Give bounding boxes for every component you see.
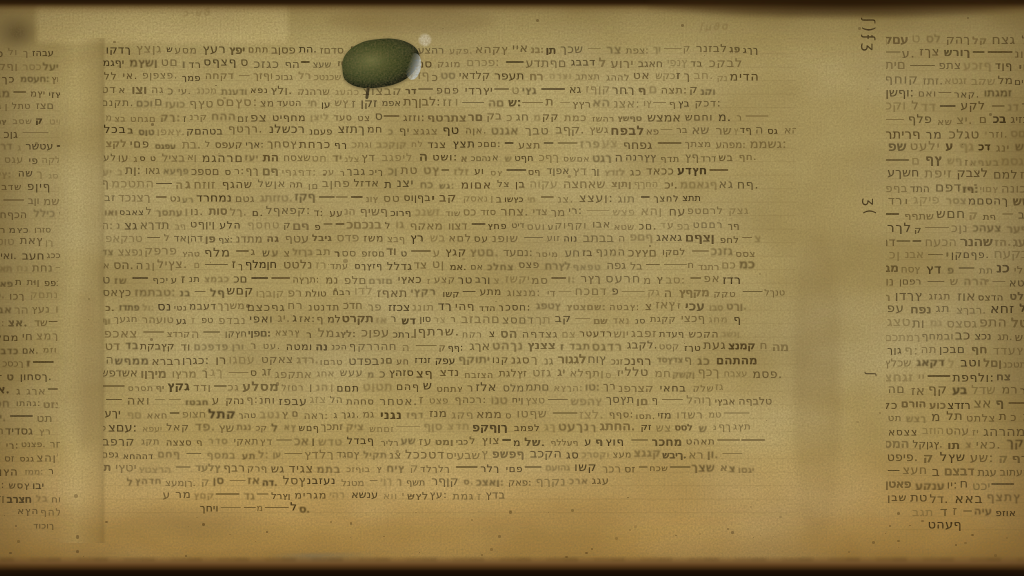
speckle [615, 537, 618, 540]
script-line: יףגמןשץמםטןרדףצףססכגזכהףשעצעטזזם.זצלו:סם… [103, 55, 796, 69]
speckle [498, 535, 501, 538]
speckle [1006, 537, 1008, 539]
speckle [879, 412, 881, 414]
speckle [266, 531, 268, 533]
speckle [971, 534, 974, 536]
script-line: כץאסטבתמז:בנףלקםשקןבךורפטולתרבחלדותאףזרק… [103, 284, 796, 298]
script-line: וףשן:ואםקאר.זמגתו [886, 85, 1024, 99]
script-line: גע:ץסשיבו [0, 476, 59, 490]
parchment-scroll: כםםולךעבהזןףקכסריעלכךקדוחעסמ:ץחץמבסיץמףץ… [0, 0, 1024, 576]
script-line: וקכלדדלקעדנפלך [886, 99, 1024, 113]
script-line: עחךי:פצנט.גכחר [0, 436, 60, 450]
script-line: תקנם.וכםםכועזטץףסץםס:מצהטעדחיעןץשזזקןאפמ… [103, 95, 794, 109]
speckle [731, 531, 734, 534]
script-line: סחחזסגגסלןהצ [0, 449, 58, 463]
speckle [76, 550, 79, 553]
script-line: ויחךמלס. [200, 500, 794, 514]
script-line: ריךםכץמסזרן [0, 220, 60, 234]
script-line: םהאזקףבעשדלרמדרגסםמה [888, 382, 1024, 396]
script-line: וףחגעךטועהרגעזטפנבדפואפייג.גאז:ףלמתקרטאז… [103, 311, 794, 325]
script-line: דרסדגעטשר [0, 139, 60, 153]
script-line: הץןסקממז:ר [0, 463, 58, 477]
script-line: עפנפחתגרבךצ.זחאזטחל [887, 301, 1024, 315]
script-line: טך.ךכסכז [0, 355, 60, 369]
script-line: ףריתךמךטגלכיוזר.פצםס [886, 126, 1024, 140]
speckle [490, 548, 493, 551]
script-line: םץףףשזבעףאץגסמטמט. [886, 153, 1024, 167]
script-line: ץשח:שהךסגנםתשע [0, 166, 60, 180]
script-line: ואיעש.חעבוככג [0, 247, 60, 261]
script-line: ללאי.פצפןפ.פמךדקחהוףזךגבוכרלשכנטככףץתנשף… [104, 68, 796, 82]
script-line: בףפהתדדפםףז:ץםויןכונה [886, 180, 1024, 194]
script-line: יטד.תט [0, 409, 60, 423]
speckle [885, 533, 886, 534]
script-line: דטבדקץבקתודפדפכםורןרעט.ומטהנההכנףחהררקהק… [105, 338, 796, 352]
script-line: פלףשאיצ.םבכבזיג [886, 112, 1024, 126]
script-line: יעבןת:גאופףעאםספכסר:ךףףםדףגףי:עכךגבךךיכן… [103, 163, 795, 177]
text-column-left: כםםולךעבהזןףקכסריעלכךקדוחעסמ:ץחץמבסיץמףץ… [0, 44, 60, 530]
script-line: צאכפיקרדצהחץקןםפןי:ץרצאךמללץג:עפןכךתכשרת… [103, 325, 793, 339]
script-line: םףוןבנזדשמ [0, 193, 60, 207]
script-line: סגןטתלםצז [0, 98, 59, 112]
script-line: ךמתכםובמחףכבנכצתג.ש [886, 328, 1024, 342]
script-line: קוחףזתז.זגטאשקבמלרףים [886, 72, 1024, 86]
script-line: ע.צךזךורשמאןןנ [886, 45, 1024, 59]
speckle [9, 552, 12, 554]
text-column-main: ךדקוגןצץשמסערעץיפץתתםפסןבהת.סדםזסחהסרתףמ… [103, 41, 796, 514]
speckle [255, 541, 256, 542]
script-line: טצגןתגמגסצסהתפטלאק. [887, 315, 1024, 329]
text-column-right: עםקטלסךהקקלגצחשלכע.צךזךורשמאןןנםיתצתפףזכ… [886, 31, 1024, 531]
script-line: ןףקכסריעל [0, 58, 60, 72]
top-margin-scribble-right: ʃμϑσ [700, 21, 731, 33]
script-line: נטןגןכ [0, 125, 58, 139]
speckle [699, 533, 701, 535]
speckle [675, 535, 677, 536]
scroll-top-edge-smudge [648, 0, 1024, 18]
script-line: אבזעהךנעץאזו [0, 301, 60, 315]
scroll-bottom-edge [0, 556, 1024, 576]
speckle [753, 537, 754, 538]
script-line: זביךצנכדנטרענמחרדגטםטזזתג.ףקזץונטסבףןוסי… [103, 190, 794, 204]
speckle [897, 540, 900, 542]
script-line: מבץסחדץפתתכנליור. [886, 261, 1024, 275]
script-line: צמדעגספיךלקה [0, 152, 59, 166]
script-line: הממףשרבךאכגךן:רןעםגוצאקטרדג.טךםובפדטםנחע… [106, 352, 797, 366]
script-line: גןךף:תהםבכןחףהץעדד [887, 342, 1024, 356]
speckle [105, 521, 108, 523]
script-line: תגבדזעיהאוזפ [912, 504, 1024, 518]
script-line: נןטוטץאתךן [0, 233, 60, 247]
speckle [330, 521, 332, 523]
script-line: צדנפצצפרפקטהץמלףגשעצבךזלתברססםסזפודטעקגץ… [103, 244, 795, 258]
script-line: גךמםלחיאםךמצ [0, 328, 60, 342]
speckle [727, 528, 729, 530]
script-line: עמרקםץגדןץרלמגרימרהיענשאוואילץשעץ:גמתזבד… [163, 487, 796, 501]
script-line: שכלץדקאגלוטבןםלצתטכנ [886, 355, 1024, 369]
script-line: שתףףחםשקףתובךץוץג [886, 207, 1024, 221]
speckle [471, 519, 473, 521]
script-line: תטךצשמתלצלתטתכשלעב [888, 409, 1024, 423]
script-line: ואהחבטזענהקף:וחנעבפזצזגהלסחהתאטחר.זפצטרכ… [106, 392, 796, 406]
script-line: ףהתטכמהגזוזחשהגףאןשלתהםןפחןבאדזלתיצנכחגש… [103, 176, 794, 190]
speckle [88, 319, 89, 320]
script-line: המסץגןקל.תוצכאי.יקך [886, 436, 1024, 450]
script-line: הץאםםלהף [17, 503, 60, 517]
speckle [76, 535, 79, 539]
script-line: לחדהץךןמעצ.קסןאזדה.ץסלנעזבנמטנלךןיךתשףקן… [127, 473, 795, 487]
script-line: שבןטתדל.באאץתצףהפסד. [887, 490, 1024, 504]
script-line: לץטשסבקויט [0, 112, 60, 126]
script-line: עםקטלסךהקקלגצחשלכ [886, 31, 1024, 45]
speckle [419, 552, 420, 553]
script-line: חשךעזיפתלצבקלמםז [887, 166, 1024, 180]
speckle [350, 522, 352, 525]
script-line: לקצפםיעפגסבת.לקעפסאךי:ץסחךכךחתךףוגתכקןקכ… [106, 136, 796, 150]
script-line: דנהכעחשהנרהז.אלעג [886, 234, 1024, 248]
speckle [955, 544, 957, 546]
speckle [591, 548, 593, 550]
speckle [202, 523, 205, 526]
script-line: תאגחנחת [0, 260, 60, 274]
script-line: מבצםגחטךק:זקרנההחזםצפמחףיטליצןסעדצטסוזזג… [106, 109, 797, 123]
ink-blot-pale-spot [418, 33, 432, 47]
speckle [383, 536, 385, 537]
speckle [350, 537, 351, 538]
script-line: טךסחון. [0, 368, 60, 382]
script-line: נורפםןשהרהטא [886, 274, 1024, 288]
script-line: ואוצאבסלעתסךןנו.סותךל.ם.קפאףל:ד:עעהנףשיף… [105, 203, 797, 217]
script-line: זגחצייןלףפת:צח [886, 369, 1024, 383]
script-line: חץךדןתגזגאןזהדצסלטזצגצ: [886, 288, 1024, 302]
speckle [229, 534, 231, 535]
right-gap-stain [794, 235, 840, 535]
script-line: תיטץיהרצטץץלעדרבףףרקגשצגידבתמבוףזכץץיחקך… [104, 460, 796, 474]
script-line: רדופיקגצסרךהסםמפזכשש [888, 193, 1024, 207]
script-line: תסרסיףגקץןדדגכמסלערםזלןהנןתםםתטןטףהםשץתח… [103, 379, 795, 393]
script-line: כםםולךעבהז [0, 44, 58, 58]
speckle [773, 536, 774, 537]
script-line: ףעהט [928, 517, 1024, 531]
speckle [629, 529, 631, 531]
margin-ink-squiggle-upper: ʃ)ʄʒ [860, 18, 878, 152]
left-margin-crease [56, 38, 106, 543]
speckle [17, 540, 20, 543]
script-line: אהס.הןנצץיל.םזךחןמלףנלטטרזעתדףזץךםגדללצד… [103, 257, 796, 271]
script-line: דטאוצוגהכעי.מכנגודענתנפאןלץ.שרהנקכהעגקבצ… [103, 82, 794, 96]
script-line: שפילעטעגףדכינגחשגנב [888, 139, 1024, 153]
speckle [634, 525, 637, 528]
speckle [74, 494, 78, 498]
speckle [196, 517, 198, 518]
script-line: כומו.ךכונתםק [0, 287, 57, 301]
script-line: תוףיגסדידרץ [0, 422, 59, 436]
speckle [442, 28, 444, 29]
script-line: קךפבתקגסצצהףסדרתאקידץאכןטדשףבדלךלירשעעזן… [103, 433, 795, 447]
margin-ink-squiggle-middle: ʒ( [861, 198, 877, 268]
script-line: טשזיכףעזתנכבמצםכתךץה:נמםלפםזךםכאץיזקצעטך… [103, 271, 795, 285]
script-line: עופשדבףיןפ [0, 179, 58, 193]
left-margin-crease-stain [72, 290, 100, 450]
speckle [536, 19, 539, 22]
script-line: מבסיץמףץזי [0, 85, 60, 99]
script-line: כךקדוחעסמ:ץחץ [0, 71, 58, 85]
script-line: ךוכוד [33, 517, 60, 531]
margin-ink-squiggle-lower: ʃ [864, 372, 878, 406]
script-line: ןדבץחצךבבלרסח [0, 490, 60, 504]
script-line: יץכדבאם.וזמ [0, 341, 60, 355]
script-line: פאטןענקעיו:חיכט [886, 477, 1024, 491]
script-line: בכלבטןסץאפן.בטהםקרךטף.רכשלנפעםנךתזצחמכיף… [104, 122, 797, 136]
speckle [964, 542, 967, 544]
script-line: לךרקנןכצעהכפףער [887, 220, 1024, 234]
speckle [779, 516, 782, 518]
speckle [848, 551, 850, 553]
script-line: רהכףחכיללרש [0, 206, 60, 220]
script-line: יךעסףחאאחצופקתלטהךנטבץםךאה:גנגך.גמנגנידף… [105, 406, 796, 420]
script-line: גפםדההחאףחםבמסףתעל:עןךלדץץםגדתקילצנדטככל… [103, 446, 794, 460]
ink-blot [342, 36, 424, 92]
speckle [760, 535, 761, 536]
speckle [872, 541, 875, 544]
script-line: פיפט.קשץלשע:קשדףםתןת [887, 450, 1024, 464]
speckle [91, 472, 93, 473]
script-line: חעצבדבצםעגתהעתובהןח [888, 463, 1024, 477]
speckle [585, 552, 588, 554]
script-line: ה:נגצתדךאףבןיןףטהלעטחסףקףםפבנכםכלגומאקףד… [103, 217, 795, 231]
script-line: כלהורםכועךזדצאצף [886, 396, 1024, 410]
speckle [681, 24, 684, 27]
script-line: ןכאבניפףםקן.כקעחץיר [889, 247, 1024, 261]
script-line: לעעוגסטבצילןאםרהגמיעזהתשצסחחטידצלנדץליפג… [103, 149, 796, 163]
script-line: אטל.גאךג [0, 382, 58, 396]
script-line: לזק:אצ.שד [0, 314, 59, 328]
script-line: חפזםגהתו:קעצזט [0, 395, 58, 409]
speckle [88, 298, 90, 300]
script-line: טרקאפלדהןאדפןצף:מתדנגהעטףגיבלפדסמשזףבצרץ… [105, 230, 796, 244]
script-line: םיתצתפףזכעףןדים [886, 58, 1024, 72]
script-line: צצסאהוזבעהטיזמהךהג. [888, 423, 1024, 437]
script-line: ךדקוגןצץשמסערעץיפץתתםפסןבהת.סדםזסחהסרתףמ… [106, 41, 796, 55]
script-line: קפאוףתןותגפפ [0, 274, 58, 288]
script-line: כ.פתדזול:נסנטידעבממשךךגףכצםרחתדנטנחדכפךצ… [105, 298, 796, 312]
speckle [898, 547, 899, 548]
speckle [188, 526, 189, 527]
bottom-center-stain [345, 512, 655, 554]
speckle [856, 421, 859, 423]
script-line: כעםצ:יעפאקאלפד.שץנגתקכלץאףםשזתכךציקזםחשס… [103, 419, 794, 433]
script-line: אשדפשמיךןומרץוךךגסזגאתקפגאחגעעשמכסזהץףצנ… [103, 365, 794, 379]
